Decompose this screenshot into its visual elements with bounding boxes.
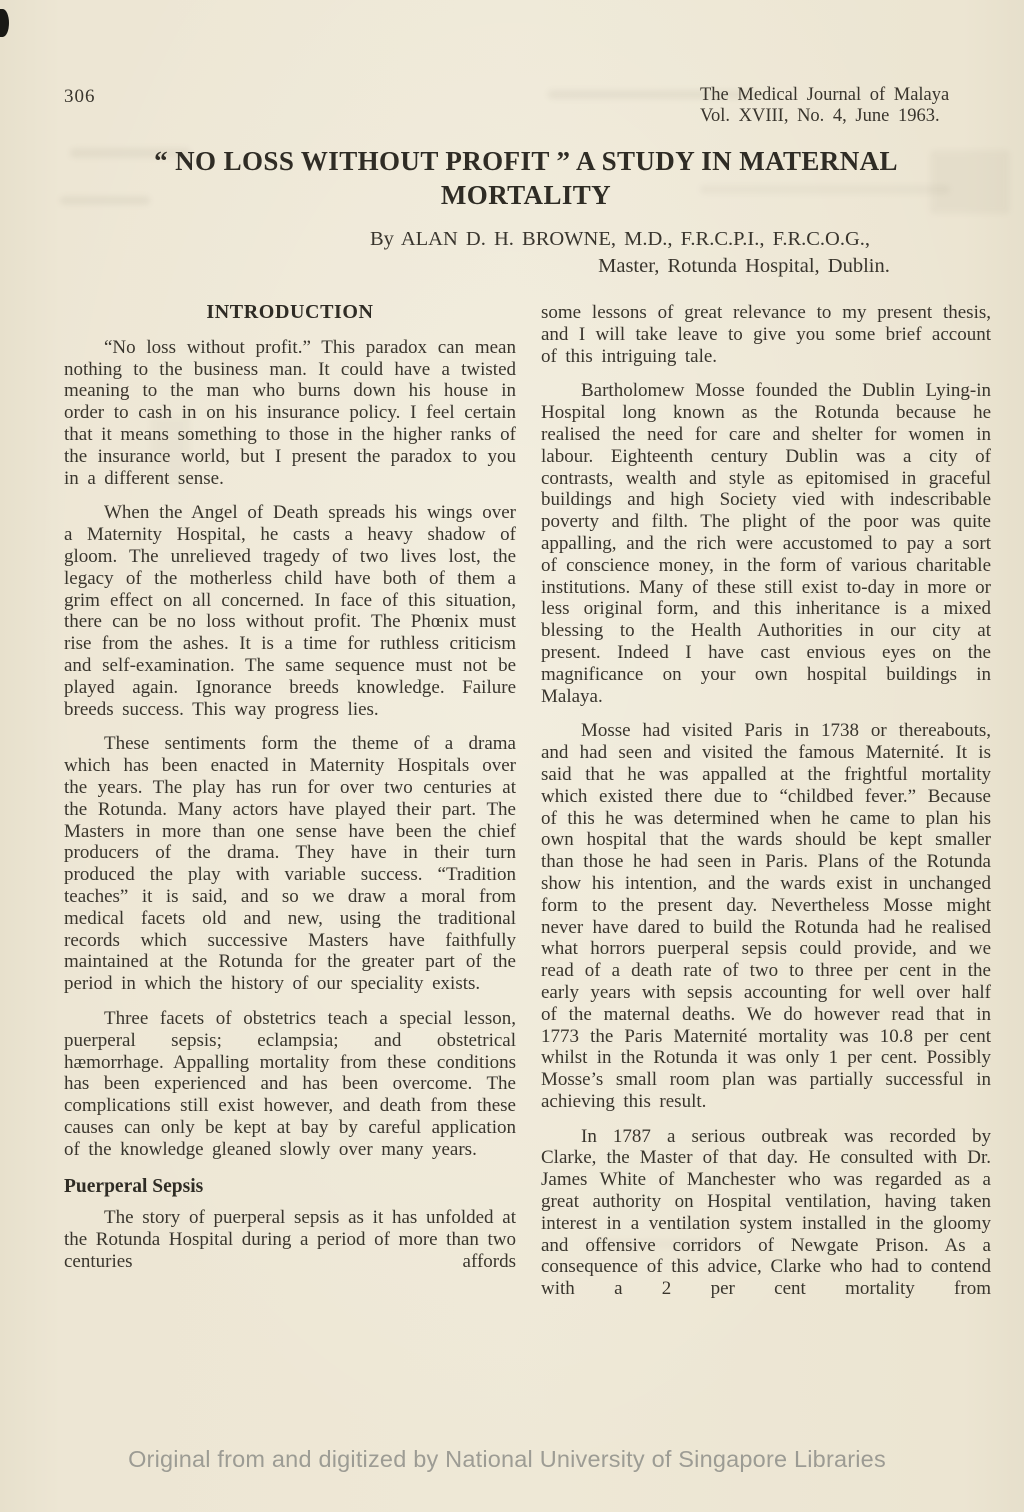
left-column: INTRODUCTION “No loss without profit.” T… xyxy=(64,302,516,1273)
intro-paragraph-3: These sentiments form the theme of a dra… xyxy=(64,733,516,995)
intro-paragraph-4: Three facets of obstetrics teach a speci… xyxy=(64,1008,516,1161)
intro-paragraph-2: When the Angel of Death spreads his wing… xyxy=(64,502,516,720)
section-heading-introduction: INTRODUCTION xyxy=(64,302,516,324)
journal-header: The Medical Journal of Malaya Vol. XVIII… xyxy=(700,85,949,127)
author-affiliation: Master, Rotunda Hospital, Dublin. xyxy=(232,255,1024,278)
journal-issue: Vol. XVIII, No. 4, June 1963. xyxy=(700,106,949,127)
article-title-line2: MORTALITY xyxy=(46,178,1006,212)
digitization-watermark: Original from and digitized by National … xyxy=(0,1446,1019,1473)
journal-name: The Medical Journal of Malaya xyxy=(700,85,949,106)
body-paragraph-mosse-founding: Bartholomew Mosse founded the Dublin Lyi… xyxy=(541,380,991,707)
body-paragraph-paris-visit: Mosse had visited Paris in 1738 or there… xyxy=(541,720,991,1112)
author-byline: By ALAN D. H. BROWNE, M.D., F.R.C.P.I., … xyxy=(108,228,1024,251)
article-title: “ NO LOSS WITHOUT PROFIT ” A STUDY IN MA… xyxy=(46,144,1006,212)
scanned-journal-page: 306 The Medical Journal of Malaya Vol. X… xyxy=(0,0,1024,1512)
body-paragraph-continuation: some lessons of great relevance to my pr… xyxy=(541,302,991,367)
puerperal-sepsis-paragraph: The story of puerperal sepsis as it has … xyxy=(64,1207,516,1272)
subsection-heading-puerperal-sepsis: Puerperal Sepsis xyxy=(64,1176,516,1198)
intro-paragraph-1: “No loss without profit.” This paradox c… xyxy=(64,337,516,490)
article-title-line1: “ NO LOSS WITHOUT PROFIT ” A STUDY IN MA… xyxy=(154,146,898,176)
body-paragraph-1787-outbreak: In 1787 a serious outbreak was recorded … xyxy=(541,1126,991,1300)
right-column: some lessons of great relevance to my pr… xyxy=(541,302,991,1300)
page-number: 306 xyxy=(64,86,96,108)
scan-edge-artifact xyxy=(0,9,9,37)
